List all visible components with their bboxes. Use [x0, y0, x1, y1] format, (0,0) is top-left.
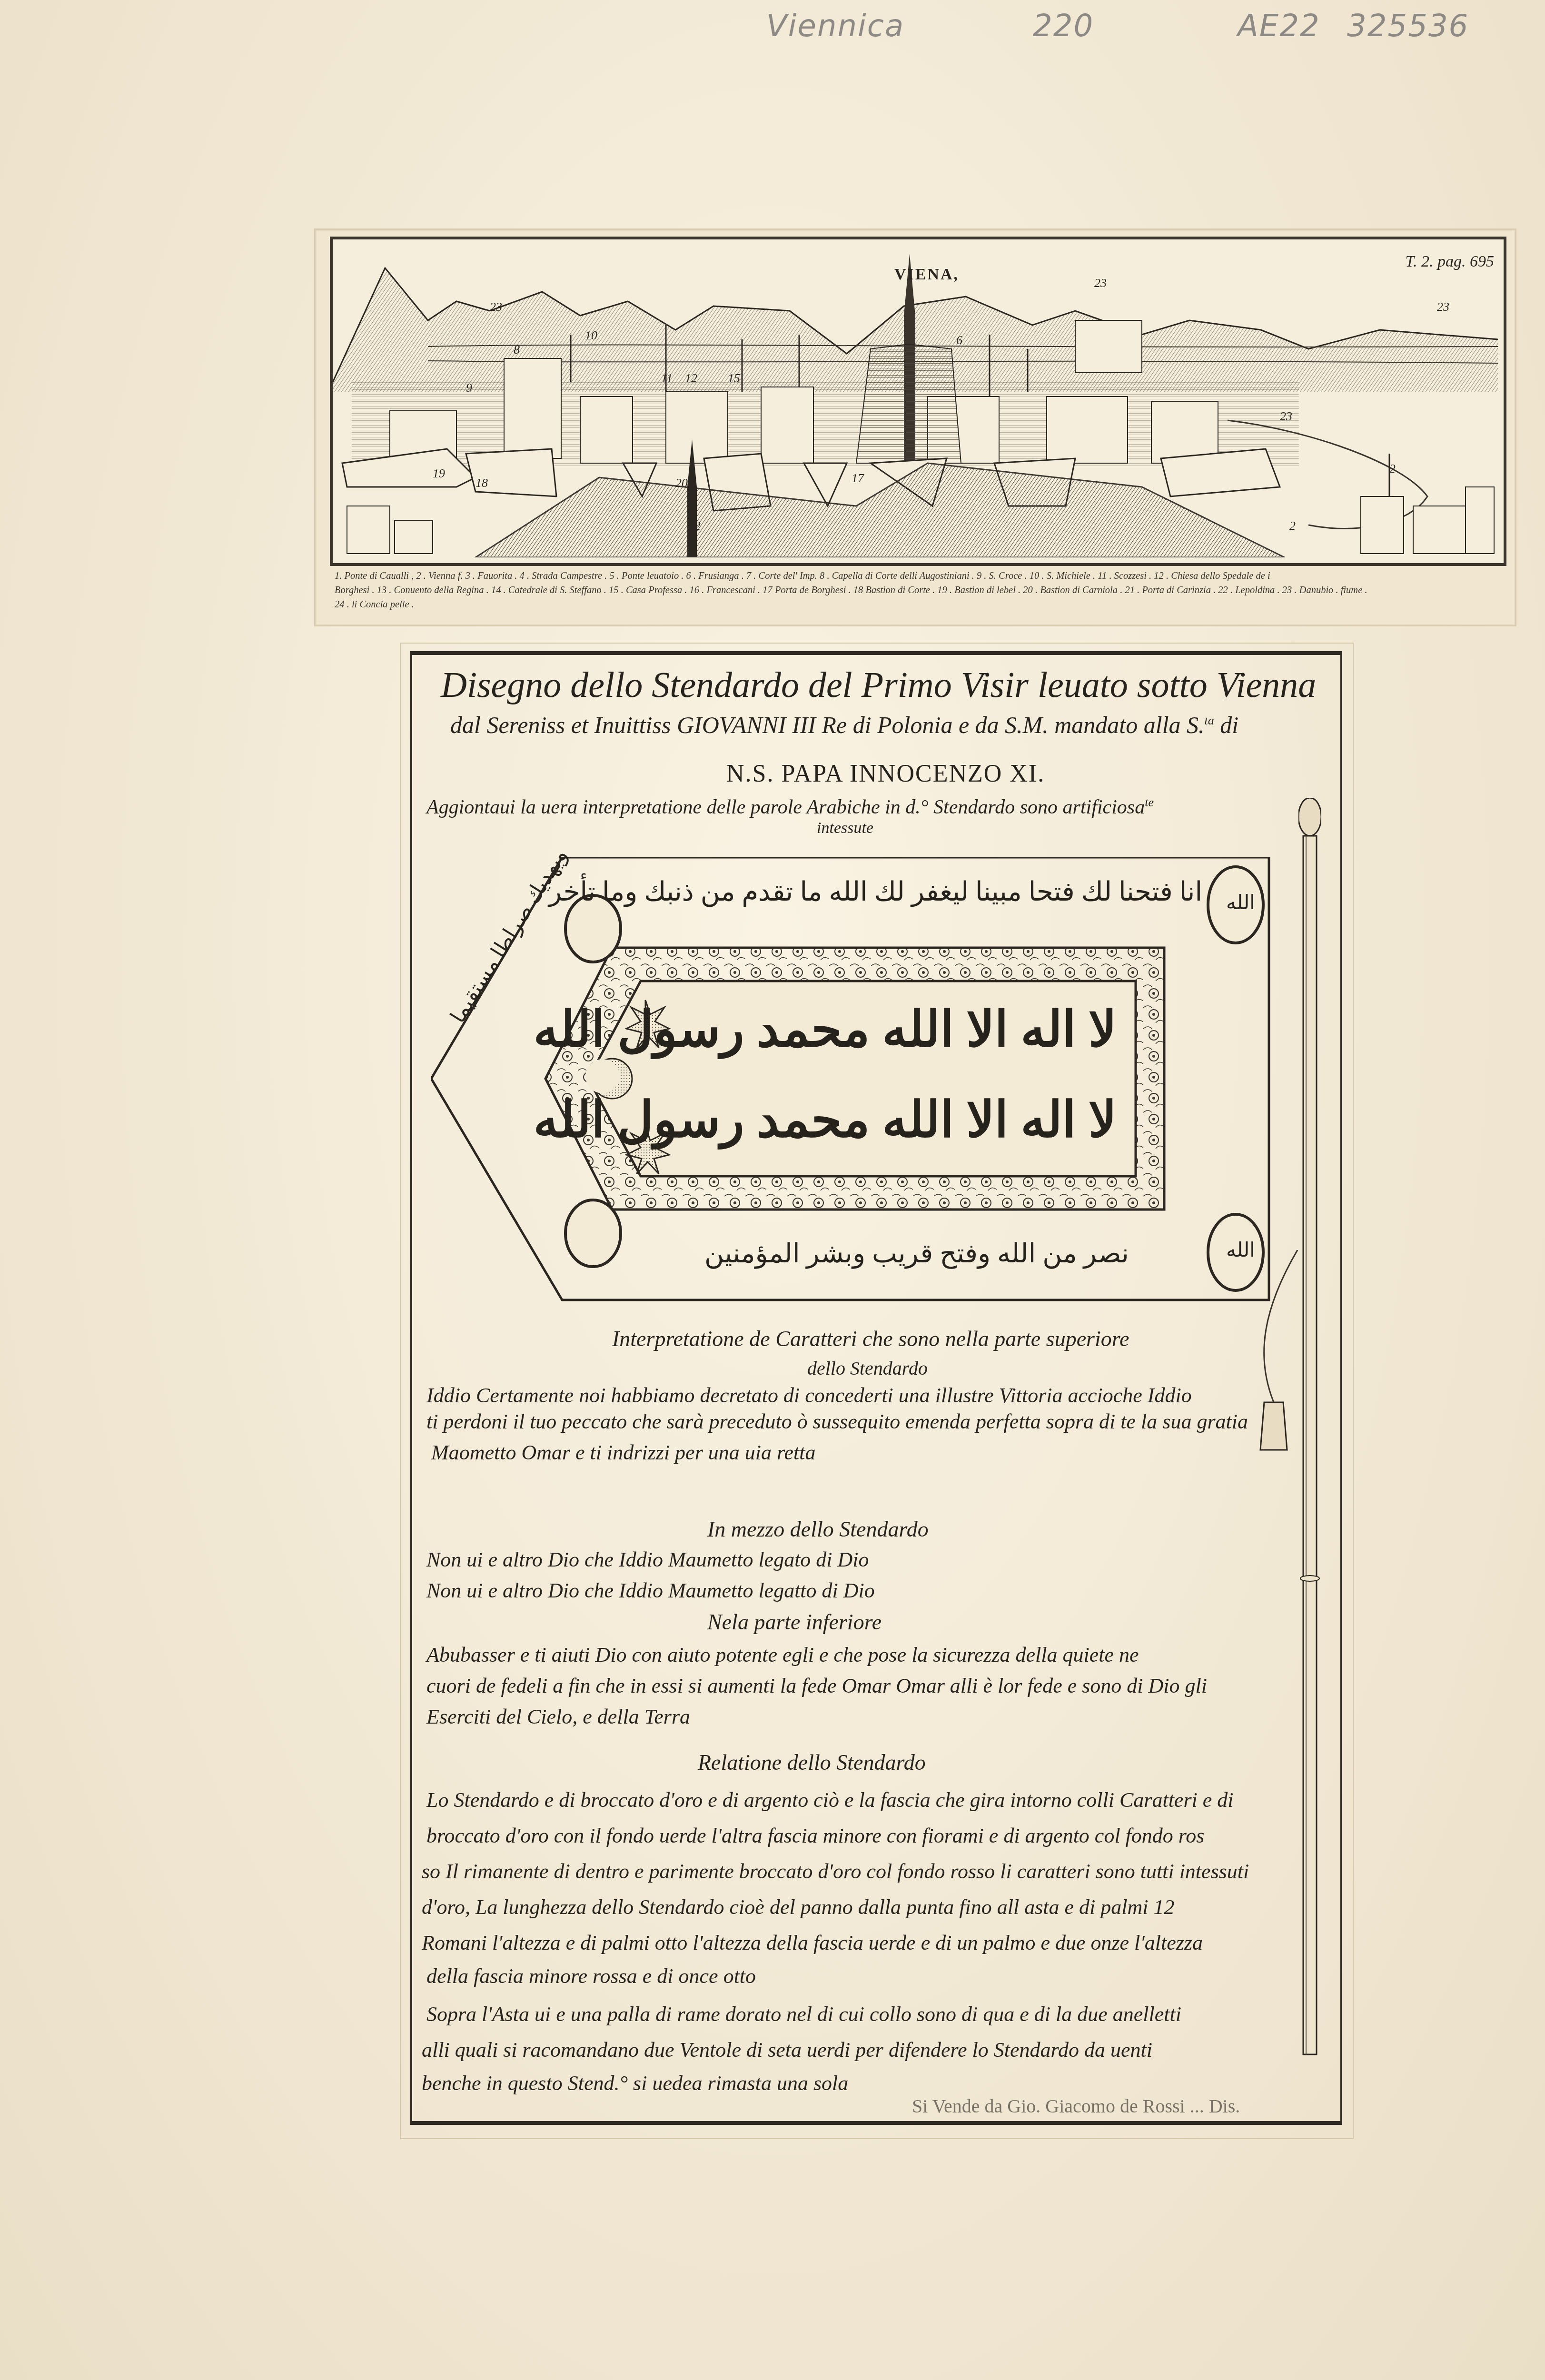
- relation-text-line: so Il rimanente di dentro e parimente br…: [422, 1859, 1249, 1884]
- relation-text-line: Lo Stendardo e di broccato d'oro e di ar…: [426, 1788, 1233, 1812]
- title-superscript: ta: [1205, 714, 1214, 727]
- superior-text-line: ti perdoni il tuo peccato che sarà prece…: [426, 1409, 1248, 1434]
- svg-text:23: 23: [490, 300, 502, 314]
- publisher-signature: Si Vende da Gio. Giacomo de Rossi ... Di…: [912, 2095, 1240, 2117]
- svg-text:8: 8: [514, 343, 520, 357]
- vienna-panorama-plate: 23623 2389 101112 151918 201723 222 VIEN…: [314, 228, 1516, 626]
- svg-text:6: 6: [956, 333, 962, 347]
- plate-reference: T. 2. pag. 695: [1406, 253, 1494, 271]
- ottoman-standard-illustration: الله الله انا فتحنا لك فتحا مبينا ليغفر …: [431, 857, 1278, 1314]
- section-heading-relation: Relatione dello Stendardo: [698, 1750, 926, 1775]
- svg-text:17: 17: [852, 471, 864, 485]
- subtitle-superscript: te: [1145, 795, 1154, 809]
- pencil-note-number: 220: [1033, 9, 1094, 44]
- middle-text-line: Non ui e altro Dio che Iddio Maumetto le…: [426, 1578, 875, 1603]
- title-text: dal Sereniss et Inuittiss GIOVANNI III R…: [450, 712, 1205, 738]
- svg-text:9: 9: [466, 381, 472, 395]
- plate-subtitle: Aggiontaui la uera interpretatione delle…: [426, 795, 1154, 819]
- svg-text:19: 19: [433, 466, 445, 480]
- inferior-text-line: Abubasser e ti aiuti Dio con aiuto poten…: [426, 1643, 1139, 1667]
- shahada-inscription-2: لا اله الا الله محمد رسول الله: [679, 1091, 1117, 1149]
- section-heading-superior-cont: dello Stendardo: [807, 1357, 928, 1379]
- section-heading-superior: Interpretatione de Caratteri che sono ne…: [612, 1326, 1129, 1351]
- relation-text-line: Sopra l'Asta ui e una palla di rame dora…: [426, 2002, 1181, 2026]
- pencil-note-title: Viennica: [766, 9, 904, 44]
- svg-text:18: 18: [475, 476, 488, 490]
- svg-text:23: 23: [1437, 300, 1449, 314]
- middle-text-line: Non ui e altro Dio che Iddio Maumetto le…: [426, 1547, 869, 1572]
- relation-text-line: della fascia minore rossa e di once otto: [426, 1964, 756, 1988]
- plate-title-line-1: Disegno dello Stendardo del Primo Visir …: [441, 664, 1316, 706]
- svg-text:2: 2: [1389, 462, 1396, 476]
- vienna-panorama-engraving: 23623 2389 101112 151918 201723 222 VIEN…: [330, 237, 1506, 566]
- city-view-illustration: 23623 2389 101112 151918 201723 222: [333, 239, 1498, 557]
- panorama-legend: 1. Ponte di Caualli , 2 . Vienna f. 3 . …: [335, 569, 1491, 612]
- plate-title-line-2: dal Sereniss et Inuittiss GIOVANNI III R…: [450, 711, 1238, 739]
- pencil-note-code: AE22: [1238, 9, 1320, 44]
- medallion-text: الله: [1226, 891, 1255, 914]
- panorama-title: VIENA,: [894, 266, 959, 284]
- svg-text:15: 15: [728, 371, 740, 385]
- title-text: di: [1214, 712, 1238, 738]
- top-band-inscription: انا فتحنا لك فتحا مبينا ليغفر لك الله ما…: [631, 876, 1202, 907]
- superior-text-line: Iddio Certamente noi habbiamo decretato …: [426, 1383, 1192, 1408]
- standard-plate: Disegno dello Stendardo del Primo Visir …: [410, 651, 1342, 2125]
- svg-text:12: 12: [685, 371, 697, 385]
- inferior-text-line: Eserciti del Cielo, e della Terra: [426, 1705, 690, 1729]
- relation-text-line: benche in questo Stend.° si uedea rimast…: [422, 2071, 848, 2095]
- plate-subtitle-cont: intessute: [817, 819, 873, 837]
- bottom-band-inscription: نصر من الله وفتح قريب وبشر المؤمنين: [631, 1238, 1202, 1269]
- tassel-illustration: [1236, 1250, 1302, 1478]
- legend-line: Borghesi . 13 . Conuento della Regina . …: [335, 585, 1367, 595]
- svg-text:11: 11: [661, 371, 673, 385]
- relation-text-line: d'oro, La lunghezza dello Stendardo cioè…: [422, 1895, 1175, 1919]
- legend-line: 24 . li Concia pelle .: [335, 599, 414, 610]
- shahada-inscription-1: لا اله الا الله محمد رسول الله: [679, 1000, 1117, 1058]
- subtitle-text: Aggiontaui la uera interpretatione delle…: [426, 796, 1145, 818]
- svg-text:2: 2: [1289, 519, 1296, 533]
- svg-text:23: 23: [1280, 409, 1292, 423]
- relation-text-line: alli quali si racomandano due Ventole di…: [422, 2038, 1152, 2062]
- svg-text:23: 23: [1094, 276, 1107, 290]
- section-heading-inferior: Nela parte inferiore: [707, 1609, 881, 1635]
- superior-text-line: Maometto Omar e ti indrizzi per una uia …: [431, 1440, 815, 1465]
- pencil-note-inventory: 325536: [1347, 9, 1469, 44]
- svg-text:2: 2: [694, 519, 701, 533]
- inferior-text-line: cuori de fedeli a fin che in essi si aum…: [426, 1674, 1207, 1698]
- legend-line: 1. Ponte di Caualli , 2 . Vienna f. 3 . …: [335, 571, 1270, 581]
- relation-text-line: broccato d'oro con il fondo uerde l'altr…: [426, 1824, 1204, 1848]
- plate-title-pope: N.S. PAPA INNOCENZO XI.: [726, 760, 1045, 788]
- svg-text:20: 20: [675, 476, 688, 490]
- relation-text-line: Romani l'altezza e di palmi otto l'altez…: [422, 1931, 1203, 1955]
- section-heading-middle: In mezzo dello Stendardo: [707, 1517, 929, 1542]
- svg-text:10: 10: [585, 328, 597, 342]
